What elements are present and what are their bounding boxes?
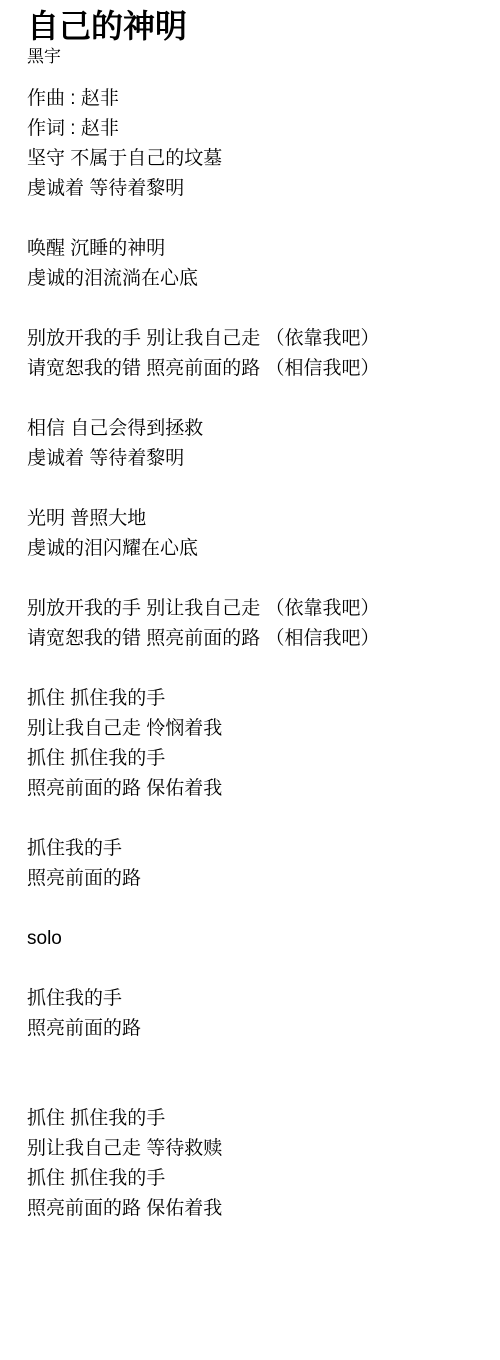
lyric-line: 请宽恕我的错 照亮前面的路 （相信我吧） <box>27 624 482 654</box>
lyric-line: 虔诚的泪闪耀在心底 <box>27 534 482 564</box>
lyrics-page: 自己的神明 黑宇 作曲 : 赵非作词 : 赵非坚守 不属于自己的坟墓虔诚着 等待… <box>0 0 500 1360</box>
lyric-line: 相信 自己会得到拯救 <box>27 414 482 444</box>
lyric-line: 光明 普照大地 <box>27 504 482 534</box>
lyric-line: 别让我自己走 怜悯着我 <box>27 714 482 744</box>
lyrics-body: 作曲 : 赵非作词 : 赵非坚守 不属于自己的坟墓虔诚着 等待着黎明唤醒 沉睡的… <box>27 84 482 1224</box>
lyric-line: 抓住我的手 <box>27 984 482 1014</box>
lyric-line: 照亮前面的路 保佑着我 <box>27 774 482 804</box>
lyric-line: 抓住 抓住我的手 <box>27 1104 482 1134</box>
lyric-line: 请宽恕我的错 照亮前面的路 （相信我吧） <box>27 354 482 384</box>
lyric-line: 照亮前面的路 保佑着我 <box>27 1194 482 1224</box>
lyric-line: 坚守 不属于自己的坟墓 <box>27 144 482 174</box>
lyric-line: 抓住 抓住我的手 <box>27 684 482 714</box>
lyric-blank-line <box>27 294 482 324</box>
lyric-line: 抓住 抓住我的手 <box>27 1164 482 1194</box>
lyric-blank-line <box>27 894 482 924</box>
lyric-line: solo <box>27 924 482 954</box>
lyric-blank-line <box>27 804 482 834</box>
lyric-line: 抓住我的手 <box>27 834 482 864</box>
lyric-line: 虔诚的泪流淌在心底 <box>27 264 482 294</box>
lyric-line: 作曲 : 赵非 <box>27 84 482 114</box>
lyric-line: 照亮前面的路 <box>27 1014 482 1044</box>
lyric-blank-line <box>27 204 482 234</box>
lyric-line: 作词 : 赵非 <box>27 114 482 144</box>
lyric-line: 别让我自己走 等待救赎 <box>27 1134 482 1164</box>
lyric-blank-line <box>27 564 482 594</box>
lyric-blank-line <box>27 1044 482 1074</box>
lyric-line: 别放开我的手 别让我自己走 （依靠我吧） <box>27 594 482 624</box>
lyric-blank-line <box>27 384 482 414</box>
lyric-line: 虔诚着 等待着黎明 <box>27 174 482 204</box>
lyric-blank-line <box>27 474 482 504</box>
lyric-line: 虔诚着 等待着黎明 <box>27 444 482 474</box>
artist-name: 黑宇 <box>27 46 482 68</box>
lyric-line: 唤醒 沉睡的神明 <box>27 234 482 264</box>
lyric-blank-line <box>27 954 482 984</box>
lyric-line: 抓住 抓住我的手 <box>27 744 482 774</box>
lyric-line: 照亮前面的路 <box>27 864 482 894</box>
lyric-blank-line <box>27 1074 482 1104</box>
lyric-line: 别放开我的手 别让我自己走 （依靠我吧） <box>27 324 482 354</box>
song-title: 自己的神明 <box>27 6 482 46</box>
lyric-blank-line <box>27 654 482 684</box>
